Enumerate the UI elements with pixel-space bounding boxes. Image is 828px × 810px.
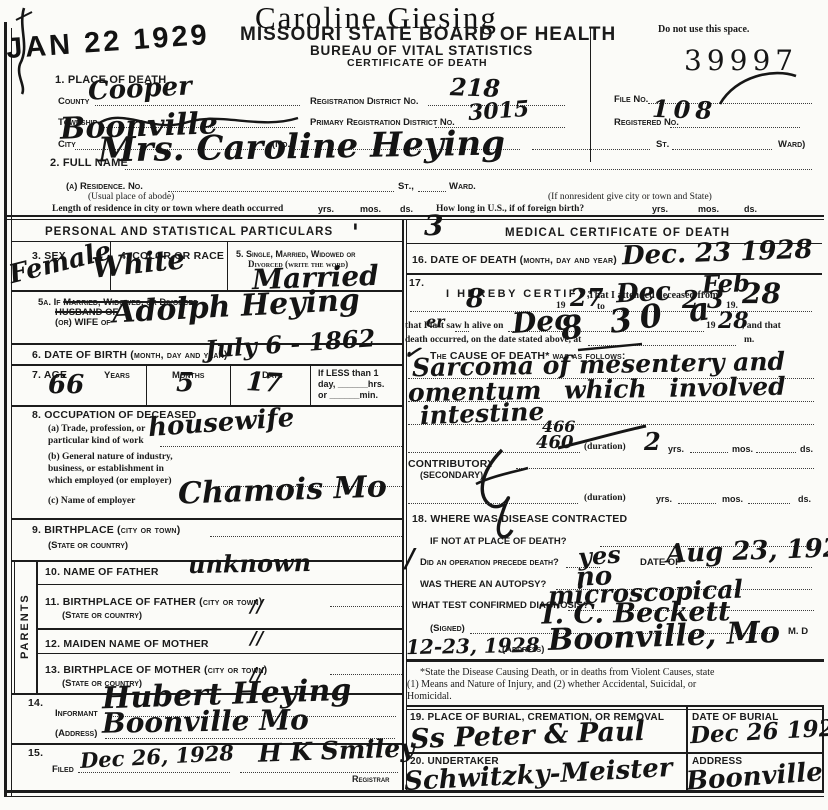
parents-vertical-label: PARENTS [14,560,36,693]
duration2-dots2 [678,503,716,504]
duration2-mos: mos. [722,494,743,504]
filed-label: Filed [52,764,74,775]
employer-city-value: Chamois Mo [178,472,388,509]
ifless-label-1: If LESS than 1 [318,368,379,378]
lastsaw-label-3: , and that [742,321,781,331]
birthplace-label: 9. BIRTHPLACE (city or town) [32,524,180,536]
disease-contracted-label-2: IF NOT AT PLACE OF DEATH? [430,536,567,547]
footnote-line-2: (1) Means and Nature of Injury, and (2) … [407,679,696,690]
residence-label: (a) Residence. No. [66,181,143,192]
attended-to-year: 28 [742,280,781,308]
duration1-dots3 [756,452,796,453]
duration1-ds: ds. [800,444,813,454]
father-label: 10. NAME OF FATHER [45,566,159,578]
medical-header: MEDICAL CERTIFICATE OF DEATH [505,227,730,239]
ifless-label-2: day, ______hrs. [318,379,384,389]
city-ward-label: Ward) [778,139,805,150]
length-mos-label: mos. [360,204,381,214]
father-bp-state-label: (State or country) [62,610,142,621]
registrar-dots [240,772,398,773]
howlong-label: How long in U.S., if of foreign birth? [436,204,584,214]
nonresident-note: (If nonresident give city or town and St… [548,192,712,202]
contributory-dots [516,468,814,469]
footnote-line-3: Homicidal. [407,691,452,702]
dob-value: July 6 - 1862 [204,326,376,362]
county-label: County [58,96,89,107]
file-no-flourish [716,66,800,106]
personal-header: PERSONAL AND STATISTICAL PARTICULARS [45,226,333,238]
lastsaw-label-2: alive on [472,321,503,331]
ifless-label-3: or ______min. [318,390,378,400]
operation-label: Did an operation precede death? [420,557,559,568]
length-ds-label: ds. [400,204,413,214]
occ-b-label-2: business, or establishment in [48,464,164,474]
rule-burial-top-thin [407,709,824,710]
bureau-title: BUREAU OF VITAL STATISTICS [310,43,533,58]
howlong-ds-label: ds. [744,204,757,214]
occurred-label: death occurred, on the date stated above… [405,335,581,345]
autopsy-label: WAS THERE AN AUTOPSY? [420,579,546,590]
rule-dob-bottom [12,364,403,366]
duration1-label: (duration) [584,442,626,452]
filed-dots [78,772,230,773]
occ-b-label-3: which employed (or employer) [48,476,172,486]
occurred-m-label: m. [744,335,754,345]
registered-no-dots [670,127,800,128]
rule-section2-bottom-thin [4,219,824,220]
rule-father-bottom [36,584,403,585]
burial-place-value: Ss Peter & Paul [410,718,646,753]
age-years-value: 66 [48,372,84,398]
duration2-dots [408,503,578,504]
dob-label: 6. DATE OF BIRTH (month, day and year) [32,349,228,361]
certificate-title: CERTIFICATE OF DEATH [347,57,487,69]
md-label: M. D [788,626,808,637]
residence-ward-label: Ward. [449,181,476,192]
primary-registration-value: 3015 [467,98,530,124]
abode-note: (Usual place of abode) [88,192,174,202]
stamp-pen-scribble [8,6,38,96]
rule-mother-bottom [36,653,403,654]
border-left-thick [4,22,7,797]
registrar-signature: H K Smiley [258,735,415,765]
rule-age-bottom [12,405,403,407]
father-bp-dots [330,606,402,607]
signed-label: (Signed) [430,623,465,634]
informant-label: Informant [55,708,98,719]
father-value: unknown [188,551,311,577]
full-name-dots [125,169,812,170]
dod-label: 16. DATE OF DEATH (month, day and year) [412,254,617,266]
duration1-value: 2 [644,430,661,454]
duration1-yrs: yrs. [668,444,684,454]
occ-b-label-1: (b) General nature of industry, [48,452,173,462]
father-bp-label: 11. BIRTHPLACE OF FATHER (city or town) [45,596,262,608]
rule-left-header [12,241,403,242]
row15-number: 15. [28,747,43,759]
filed-date-value: Dec 26, 1928 [80,742,235,771]
rule-header-vertical [590,28,591,162]
lastsaw-dots-1 [455,331,469,332]
informant-addr-label: (Address) [55,728,97,739]
marital-label-1: 5. Single, Married, Widowed or [236,249,356,259]
border-left-thin [11,28,12,797]
birthplace-state-label: (State or country) [48,540,128,551]
rule-section2-bottom-thick [4,215,824,217]
dod-value: Dec. 23 1928 [622,237,813,270]
occ-a-label-1: (a) Trade, profession, or [48,424,145,434]
informant-addr-value: Boonville Mo [102,706,309,738]
rule-age-v2 [230,364,231,405]
occ-a-dots [160,446,402,447]
year-printed-3: 19 [706,321,716,331]
birthplace-dots [210,536,402,537]
file-no-label: File No. [614,94,648,105]
full-name-value: Mrs. Caroline Heying [98,126,506,167]
cause-line-3: intestine [420,399,545,428]
occ-a-label-2: particular kind of work [48,436,144,446]
disease-contracted-label: 18. WHERE WAS DISEASE CONTRACTED [412,513,627,525]
city-st-label: St. [656,139,669,150]
duration2-ds: ds. [798,494,811,504]
medical-check-number: 3 [424,212,443,240]
mother-label: 12. MAIDEN NAME OF MOTHER [45,638,209,650]
city-mid-dots [532,149,650,150]
row14-number: 14. [28,697,43,709]
city-st-dots [672,149,772,150]
duration2-yrs: yrs. [656,494,672,504]
rule-column-divider-thick [402,219,404,792]
signature-addr-value: Boonville, Mo [548,618,781,656]
rule-occ-bottom [12,518,403,520]
row17-number: 17. [409,277,424,289]
registered-no-value: 108 [652,97,718,123]
burial-date-value: Dec 26 1928 [690,716,828,747]
residence-dots [168,191,394,192]
registration-district-value: 218 [450,75,501,101]
mother-ditto: // [250,630,263,648]
operation-date-value: Aug 23, 1928 [666,535,828,568]
attended-from-day: 8 [466,286,484,312]
duration1-mos: mos. [732,444,753,454]
length-residence-label: Length of residence in city or town wher… [52,204,283,214]
residence-st-label: St., [398,181,414,192]
rule-fatherbp-bottom [36,628,403,630]
duration2-dots3 [748,503,790,504]
residence-st-dots [418,191,446,192]
rule-address-heavy [407,659,824,662]
duration2-label: (duration) [584,493,626,503]
registrar-label: Registrar [352,774,390,784]
rule-parents-inner [36,560,38,693]
footnote-line-1: *State the Disease Causing Death, or in … [420,667,714,678]
age-days-value: 17 [245,369,282,397]
age-years-label: Years [104,370,130,381]
rule-age-v1 [146,364,147,405]
race-value: White [91,245,187,283]
signature-addr-label: (Address) [502,644,544,655]
age-months-value: 5 [176,370,194,396]
registration-district-label: Registration District No. [310,96,418,107]
wife-of-label: (or) WIFE of [55,317,111,328]
rule-race-marital [227,241,228,290]
occ-c-label: (c) Name of employer [48,496,135,506]
rule-age-v3 [310,364,311,405]
mother-bp-label: 13. BIRTHPLACE OF MOTHER (city or town) [45,664,267,676]
father-bp-ditto: // [250,598,263,616]
length-yrs-label: yrs. [318,204,334,214]
howlong-mos-label: mos. [698,204,719,214]
operation-slash-mark: / [405,546,415,572]
lastsaw-her: er [426,314,445,330]
death-certificate: Caroline Giesing MISSOURI STATE BOARD OF… [0,0,828,810]
rule-burial-top-thick [407,705,824,707]
howlong-yrs-label: yrs. [652,204,668,214]
contributory-scribble [462,446,532,548]
duration1-dots2 [690,452,728,453]
rule-dod-bottom [407,273,822,275]
do-not-use-note: Do not use this space. [658,24,749,35]
personal-header-tick: ' [352,222,359,244]
